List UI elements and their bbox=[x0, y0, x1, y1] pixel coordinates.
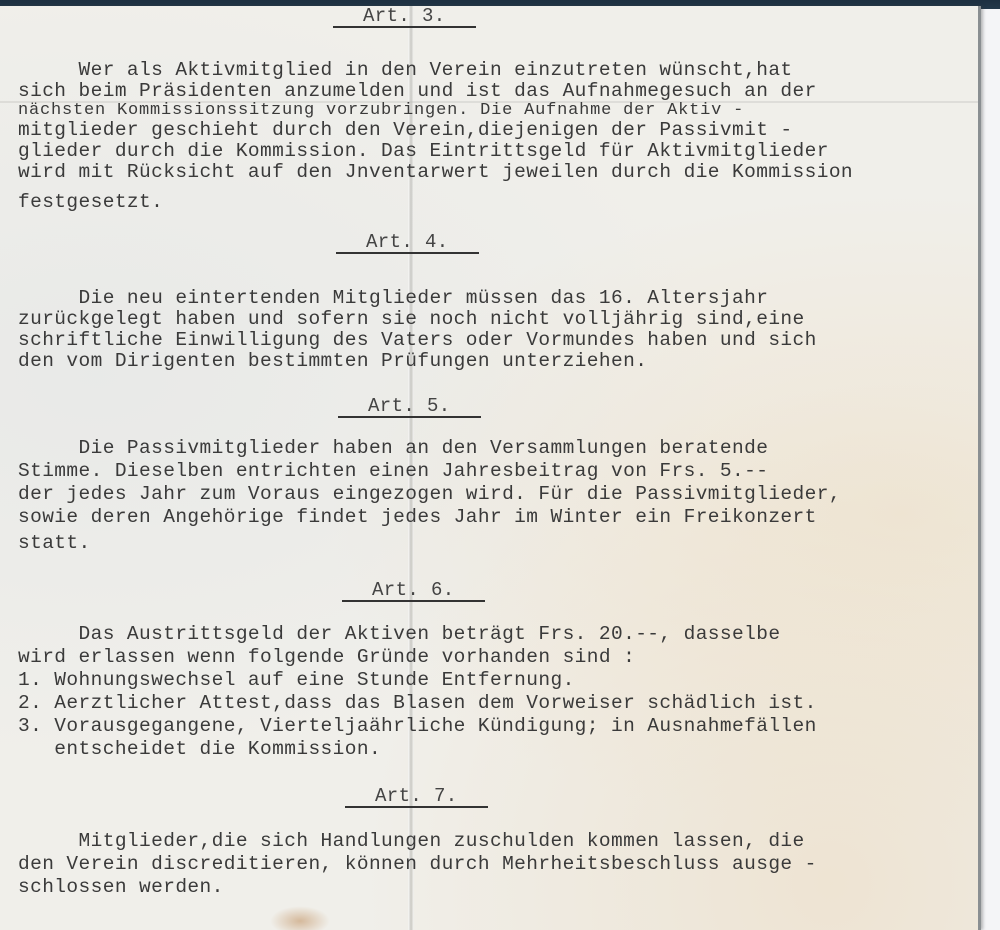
text-line: zurückgelegt haben und sofern sie noch n… bbox=[18, 309, 805, 330]
text-line: mitglieder geschieht durch den Verein,di… bbox=[18, 120, 793, 141]
text-line: entscheidet die Kommission. bbox=[18, 739, 381, 760]
text-line: 2. Aerztlicher Attest,dass das Blasen de… bbox=[18, 693, 817, 714]
article-heading: Art. 7. bbox=[345, 786, 488, 808]
text-line: nächsten Kommissionssitzung vorzubringen… bbox=[18, 100, 744, 121]
text-line: wird erlassen wenn folgende Gründe vorha… bbox=[18, 647, 635, 668]
text-line: Das Austrittsgeld der Aktiven beträgt Fr… bbox=[18, 624, 780, 645]
text-line: schlossen werden. bbox=[18, 877, 224, 898]
text-line: den Verein discreditieren, können durch … bbox=[18, 854, 817, 875]
text-line: den vom Dirigenten bestimmten Prüfungen … bbox=[18, 351, 647, 372]
text-line: 1. Wohnungswechsel auf eine Stunde Entfe… bbox=[18, 670, 575, 691]
text-line: Die neu eintertenden Mitglieder müssen d… bbox=[18, 288, 768, 309]
article-heading: Art. 6. bbox=[342, 580, 485, 602]
text-line: der jedes Jahr zum Voraus eingezogen wir… bbox=[18, 484, 841, 505]
text-line: sowie deren Angehörige findet jedes Jahr… bbox=[18, 507, 817, 528]
text-line: glieder durch die Kommission. Das Eintri… bbox=[18, 141, 829, 162]
text-line: Wer als Aktivmitglied in den Verein einz… bbox=[18, 60, 793, 81]
article-heading: Art. 5. bbox=[338, 396, 481, 418]
document-body: Art. 3. Wer als Aktivmitglied in den Ver… bbox=[0, 6, 978, 930]
article-heading: Art. 4. bbox=[336, 232, 479, 254]
text-line: 3. Vorausgegangene, Vierteljaährliche Kü… bbox=[18, 716, 817, 737]
text-line: festgesetzt. bbox=[18, 192, 163, 213]
text-line: Stimme. Dieselben entrichten einen Jahre… bbox=[18, 461, 768, 482]
text-line: wird mit Rücksicht auf den Jnventarwert … bbox=[18, 162, 853, 183]
text-line: sich beim Präsidenten anzumelden und ist… bbox=[18, 81, 817, 102]
text-line: schriftliche Einwilligung des Vaters ode… bbox=[18, 330, 817, 351]
text-line: Die Passivmitglieder haben an den Versam… bbox=[18, 438, 768, 459]
typewritten-page: Art. 3. Wer als Aktivmitglied in den Ver… bbox=[0, 6, 981, 930]
text-line: statt. bbox=[18, 533, 91, 554]
article-heading: Art. 3. bbox=[333, 6, 476, 28]
text-line: Mitglieder,die sich Handlungen zuschulde… bbox=[18, 831, 805, 852]
